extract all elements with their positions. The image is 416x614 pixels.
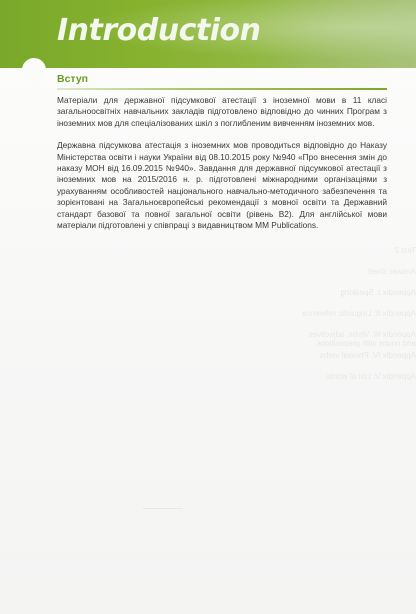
page-title: Introduction bbox=[57, 13, 260, 48]
bleed-through-text: Test 2 Answer sheet Appendix I: Speaking… bbox=[300, 246, 416, 393]
bleed-through-line: Appendix I: Speaking bbox=[300, 288, 416, 309]
content-area: Вступ Матеріали для державної підсумково… bbox=[57, 72, 387, 242]
paper-crease bbox=[143, 508, 183, 509]
paragraph-2: Державна підсумкова атестація з іноземни… bbox=[57, 140, 387, 231]
header-tab-decoration bbox=[22, 58, 46, 82]
bleed-through-line: Test 2 bbox=[300, 246, 416, 267]
section-divider bbox=[57, 88, 387, 90]
bleed-through-line: Appendix IV: Phrasal verbs bbox=[300, 351, 416, 372]
paragraph-1: Матеріали для державної підсумкової атес… bbox=[57, 95, 387, 129]
bleed-through-line: Appendix III: Verbs, adjectives and noun… bbox=[300, 330, 416, 351]
section-heading: Вступ bbox=[57, 72, 387, 85]
bleed-through-line: Answer sheet bbox=[300, 267, 416, 288]
document-page: Introduction Test 2 Answer sheet Appendi… bbox=[0, 0, 416, 614]
bleed-through-line: Appendix V: List of words bbox=[300, 372, 416, 393]
bleed-through-line: Appendix II: Linguistic reference bbox=[300, 309, 416, 330]
